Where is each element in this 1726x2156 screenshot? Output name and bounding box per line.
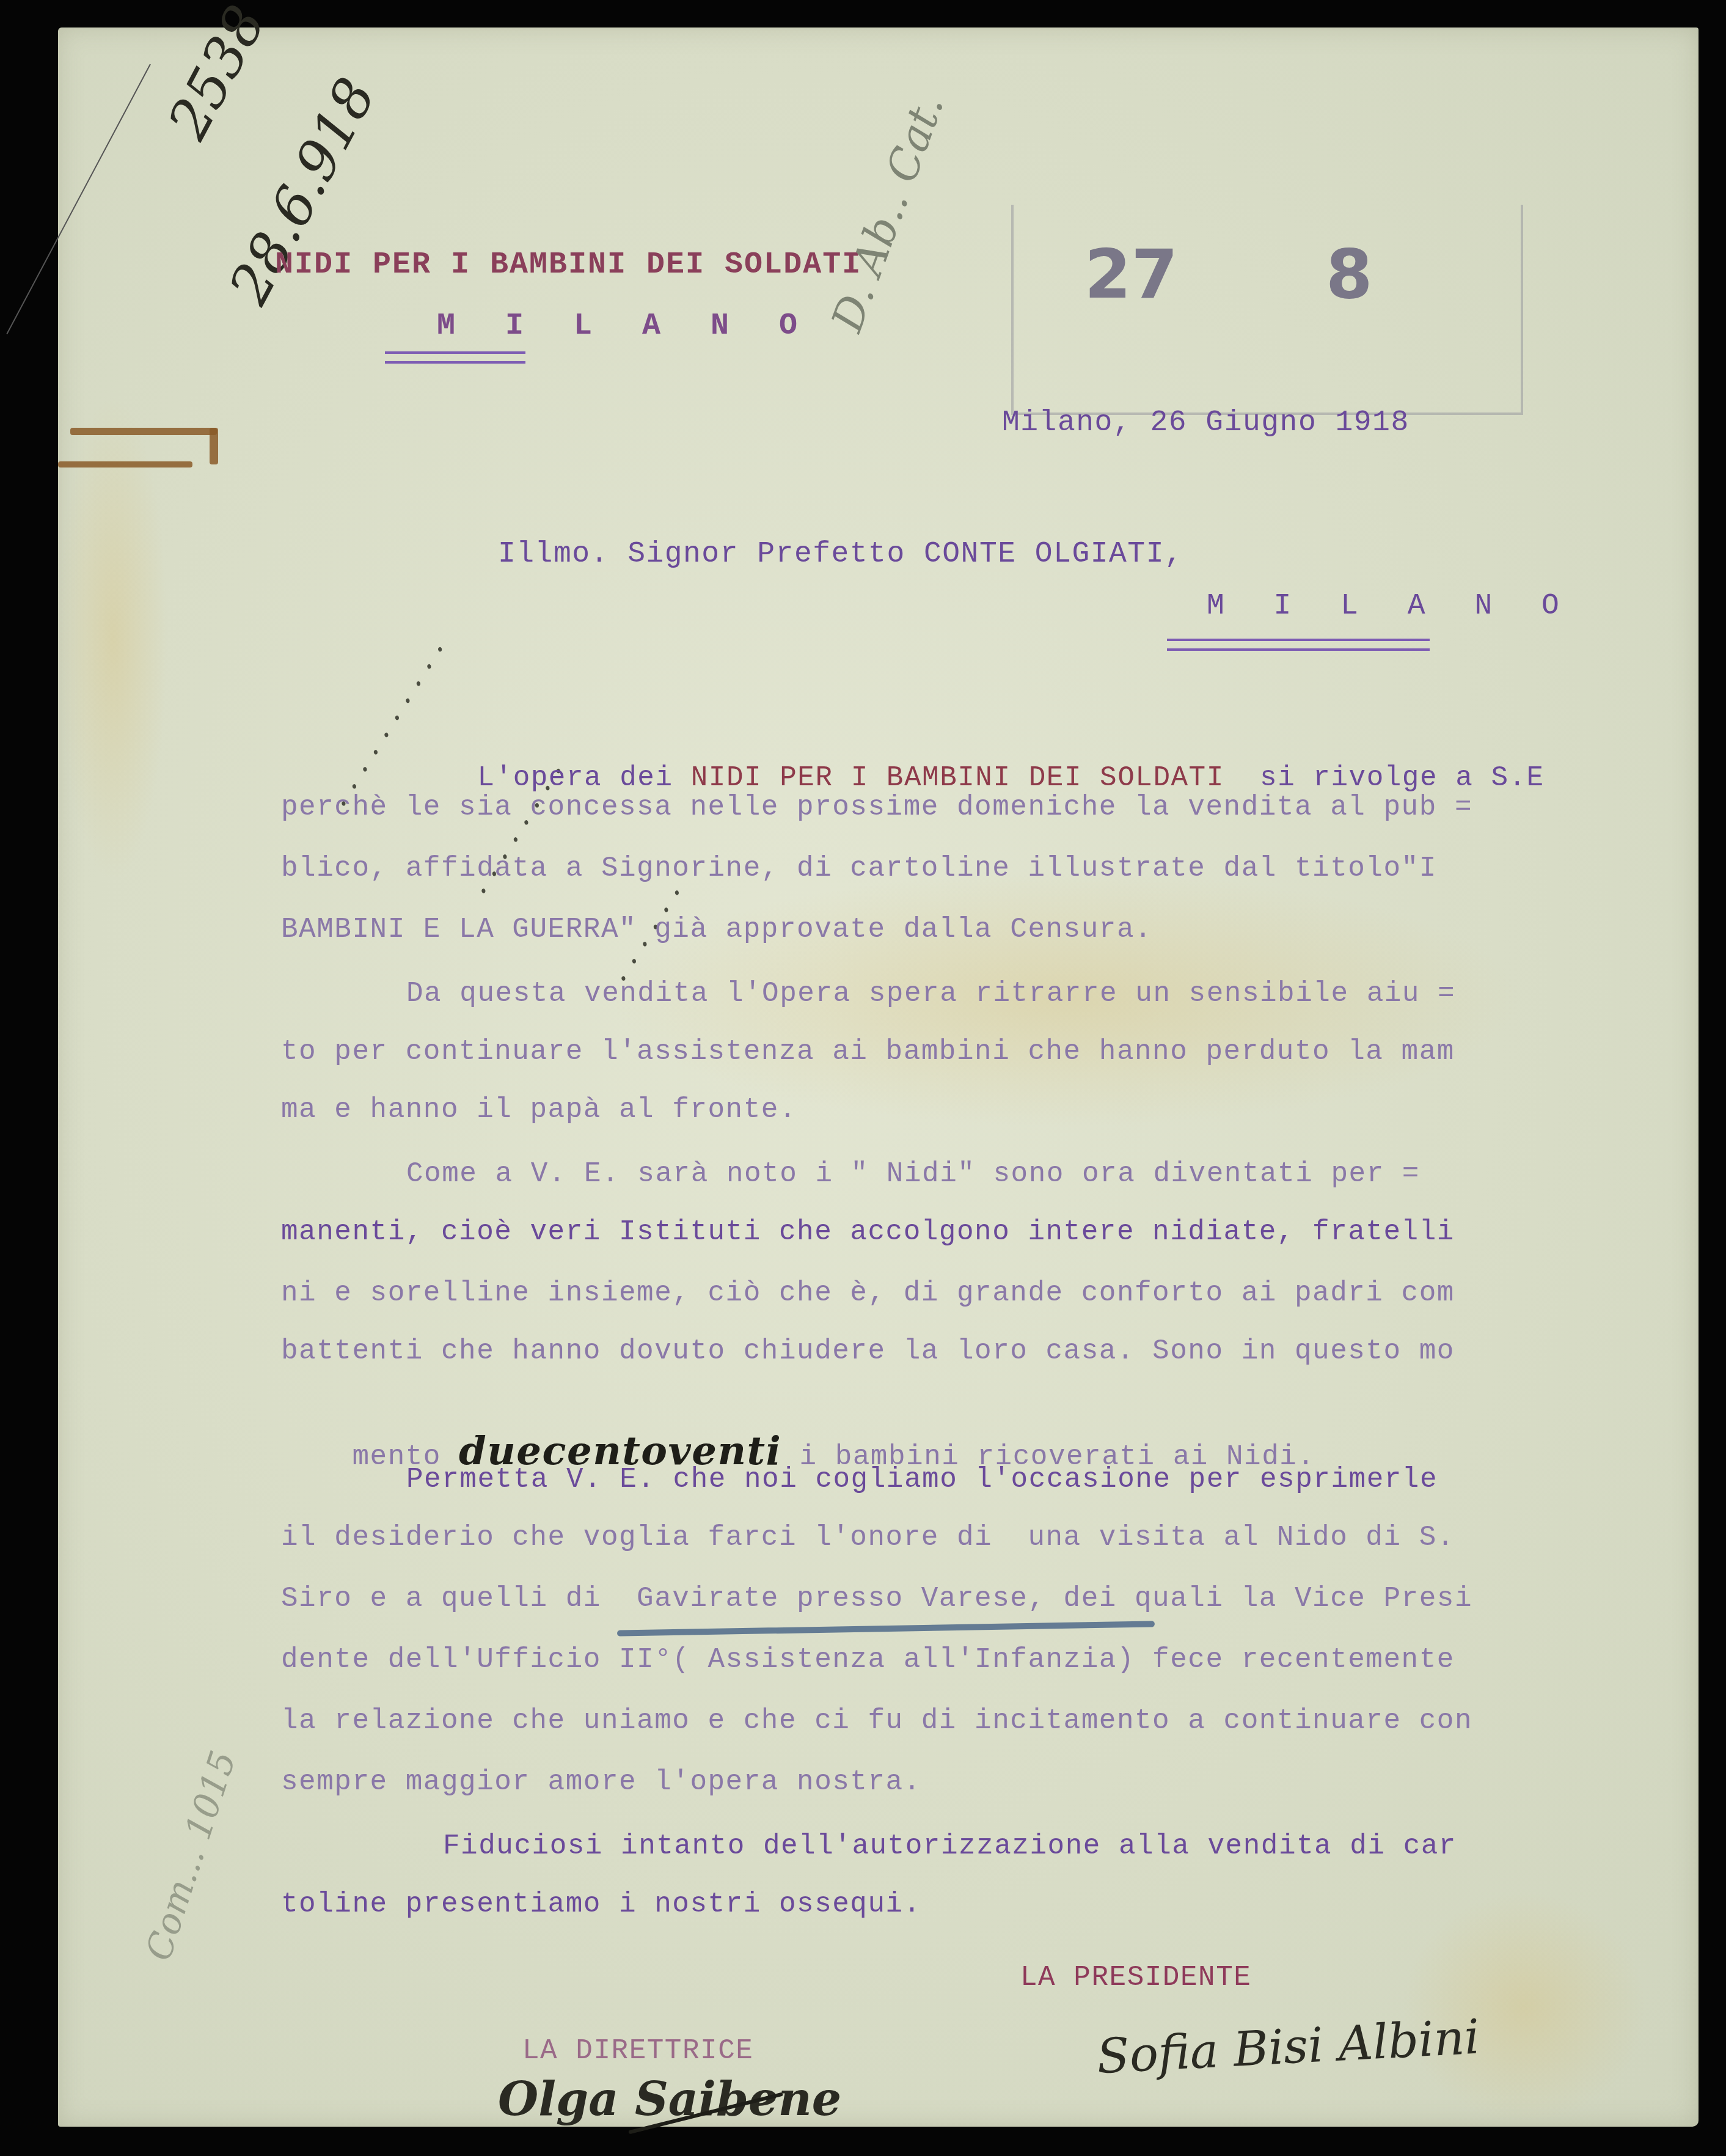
body-line: manenti, cioè veri Istituti che accolgon… (281, 1216, 1455, 1248)
paper-stain (1402, 1891, 1647, 2124)
body-line: ma e hanno il papà al fronte. (281, 1094, 797, 1126)
recipient-line: Illmo. Signor Prefetto CONTE OLGIATI, (498, 538, 1183, 571)
body-line: battenti che hanno dovuto chiudere la lo… (281, 1335, 1455, 1367)
marginal-note-top: D. Ab.. Cat. (822, 88, 954, 338)
body-line: Da questa vendita l'Opera spera ritrarre… (406, 978, 1455, 1010)
body-line: to per continuare l'assistenza ai bambin… (281, 1036, 1455, 1068)
body-line: Come a V. E. sarà noto i " Nidi" sono or… (406, 1158, 1420, 1190)
body-line: BAMBINI E LA GUERRA" già approvate dalla… (281, 914, 1152, 945)
director-title: LA DIRETTRICE (522, 2035, 753, 2067)
body-text: L'opera dei (477, 762, 690, 794)
body-line: Fiduciosi intanto dell'autorizzazione al… (443, 1830, 1457, 1862)
letterhead-underline (385, 351, 525, 364)
body-line: la relazione che uniamo e che ci fu di i… (281, 1705, 1472, 1737)
org-name-inline: NIDI PER I BAMBINI DEI SOLDATI (691, 762, 1224, 794)
ink-underline-gavirate (617, 1621, 1155, 1636)
body-line: Permetta V. E. che noi cogliamo l'occasi… (406, 1464, 1438, 1495)
paper-stain (58, 394, 168, 883)
place-date: Milano, 26 Giugno 1918 (1002, 406, 1410, 439)
body-line: perchè le sia concessa nelle prossime do… (281, 791, 1472, 823)
body-line: Siro e a quelli di Gavirate presso Vares… (281, 1583, 1472, 1615)
marginal-note-bottom: Com... 1015 (137, 1746, 244, 1965)
stamp-number: 27 (1084, 235, 1178, 313)
protocol-divider-line (6, 64, 151, 334)
body-line: toline presentiamo i nostri ossequi. (281, 1888, 921, 1920)
letterhead-org-name: NIDI PER I BAMBINI DEI SOLDATI (275, 248, 861, 282)
recipient-city: M I L A N O (1207, 590, 1575, 623)
body-line: ni e sorelline insieme, ciò che è, di gr… (281, 1277, 1455, 1309)
body-line: blico, affidata a Signorine, di cartolin… (281, 853, 1437, 884)
president-title: LA PRESIDENTE (1020, 1962, 1251, 1993)
director-signature: Olga Saibene (498, 2072, 841, 2126)
staple-rust-mark (70, 428, 217, 435)
letterhead-city: M I L A N O (437, 309, 813, 343)
marginal-note-line: . . . . . . (590, 801, 739, 992)
staple-rust-mark (58, 461, 192, 468)
staple-rust-mark (210, 428, 218, 464)
body-line: dente dell'Ufficio II°( Assistenza all'I… (281, 1644, 1455, 1676)
body-line: il desiderio che voglia farci l'onore di… (281, 1522, 1455, 1553)
body-line: sempre maggior amore l'opera nostra. (281, 1766, 921, 1798)
body-text: si rivolge a S.E (1224, 762, 1545, 794)
letter-page: 2538 28.6.918 NIDI PER I BAMBINI DEI SOL… (58, 28, 1699, 2127)
president-signature: Sofia Bisi Albini (1095, 2010, 1481, 2085)
recipient-city-underline (1167, 639, 1430, 651)
protocol-number: 2538 (156, 0, 278, 149)
stamp-digit: 8 (1326, 235, 1373, 313)
